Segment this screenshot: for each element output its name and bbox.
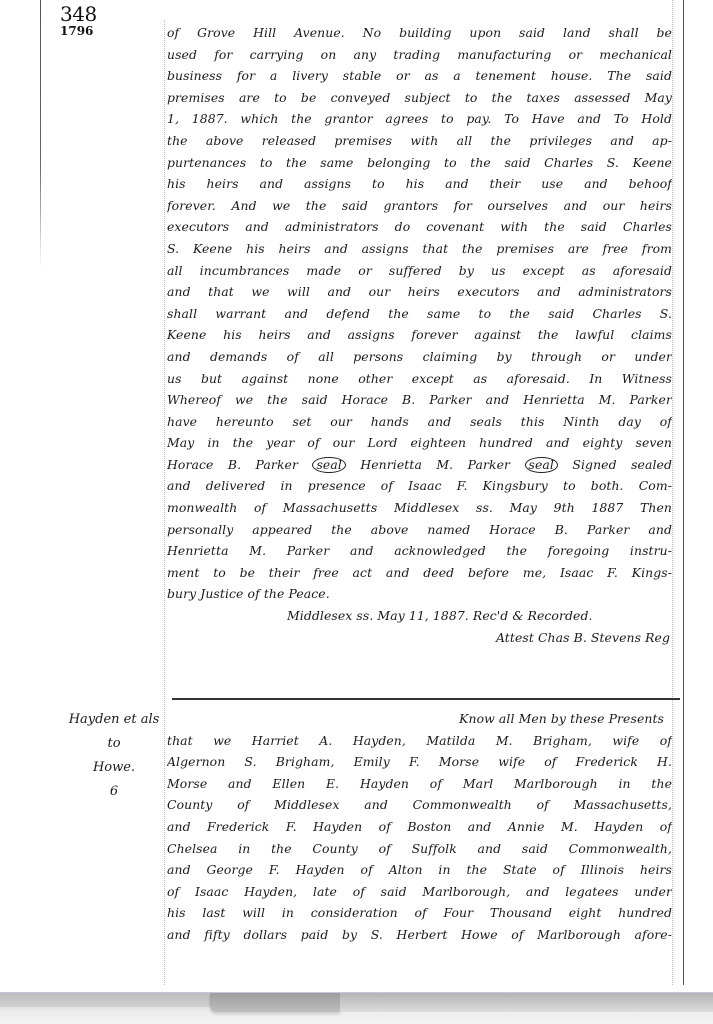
left-margin-rule (40, 0, 41, 270)
page-number-block: 348 1796 (60, 4, 97, 37)
deed-line: premises are to be conveyed subject to t… (167, 87, 672, 109)
deed-line: of Grove Hill Avenue. No building upon s… (167, 22, 672, 44)
deed-line: May in the year of our Lord eighteen hun… (167, 432, 672, 454)
signed-sealed-text: Signed sealed (572, 457, 672, 472)
deed-line: Algernon S. Brigham, Emily F. Morse wife… (167, 751, 672, 773)
deed-line: ment to be their free act and deed befor… (167, 562, 672, 584)
deed-line: County of Middlesex and Commonwealth of … (167, 794, 672, 816)
margin-grantee: Howe. (60, 756, 168, 780)
deed-line: have hereunto set our hands and seals th… (167, 411, 672, 433)
seal-mark: seal (525, 457, 558, 473)
ledger-page: 348 1796 of Grove Hill Avenue. No buildi… (0, 0, 713, 992)
deed-line: forever. And we the said grantors for ou… (167, 195, 672, 217)
recorded-line: Middlesex ss. May 11, 1887. Rec'd & Reco… (167, 605, 672, 627)
signer-name: Horace B. Parker (167, 457, 298, 472)
seal-mark: seal (312, 457, 345, 473)
deed-line: and delivered in presence of Isaac F. Ki… (167, 475, 672, 497)
deed-line: his last will in consideration of Four T… (167, 902, 672, 924)
margin-grantor: Hayden et als (60, 708, 168, 732)
deed-parker-to-keene: of Grove Hill Avenue. No building upon s… (167, 22, 672, 648)
deed-line: bury Justice of the Peace. (167, 583, 672, 605)
deed-line: business for a livery stable or as a ten… (167, 65, 672, 87)
inner-dotted-rule (672, 0, 674, 985)
deed-line: of Isaac Hayden, late of said Marlboroug… (167, 881, 672, 903)
viewer-scroll-handle[interactable] (210, 993, 340, 1012)
deed-line: all incumbrances made or suffered by us … (167, 260, 672, 282)
deed-line: and that we will and our heirs executors… (167, 281, 672, 303)
deed-line: us but against none other except as afor… (167, 368, 672, 390)
deed-line: purtenances to the same belonging to the… (167, 152, 672, 174)
viewer-bottom-bar (0, 992, 713, 1024)
deed-separator-rule (172, 698, 680, 700)
viewer-bar-right-segment (340, 993, 713, 1012)
deed-line: used for carrying on any trading manufac… (167, 44, 672, 66)
deed-line: S. Keene his heirs and assigns that the … (167, 238, 672, 260)
deed-heading: Know all Men by these Presents (167, 708, 672, 730)
attest-signature: Attest Chas B. Stevens Reg (167, 627, 672, 649)
deed-line: monwealth of Massachusetts Middlesex ss.… (167, 497, 672, 519)
deed-line: executors and administrators do covenant… (167, 216, 672, 238)
signer-name: Henrietta M. Parker (360, 457, 510, 472)
text-column-rule (164, 20, 166, 985)
deed-line: shall warrant and defend the same to the… (167, 303, 672, 325)
margin-to: to (60, 732, 168, 756)
deed-line: and fifty dollars paid by S. Herbert How… (167, 924, 672, 946)
right-margin-rule (683, 0, 684, 985)
page-number: 348 (60, 4, 97, 24)
deed-line: and demands of all persons claiming by t… (167, 346, 672, 368)
deed-hayden-to-howe: Know all Men by these Presents that we H… (167, 708, 672, 946)
deed-line: his heirs and assigns to his and their u… (167, 173, 672, 195)
signature-line: Horace B. Parker seal Henrietta M. Parke… (167, 454, 672, 476)
record-number: 1796 (60, 25, 97, 37)
deed-line: Henrietta M. Parker and acknowledged the… (167, 540, 672, 562)
deed-line: Keene his heirs and assigns forever agai… (167, 324, 672, 346)
deed-line: 1, 1887. which the grantor agrees to pay… (167, 108, 672, 130)
deed-line: Morse and Ellen E. Hayden of Marl Marlbo… (167, 773, 672, 795)
deed-line: and Frederick F. Hayden of Boston and An… (167, 816, 672, 838)
deed-line: the above released premises with all the… (167, 130, 672, 152)
viewer-bar-left-segment (0, 993, 210, 1007)
deed-line: that we Harriet A. Hayden, Matilda M. Br… (167, 730, 672, 752)
deed-line: Whereof we the said Horace B. Parker and… (167, 389, 672, 411)
deed-line: Chelsea in the County of Suffolk and sai… (167, 838, 672, 860)
deed-line: and George F. Hayden of Alton in the Sta… (167, 859, 672, 881)
deed-line: personally appeared the above named Hora… (167, 519, 672, 541)
margin-index-note: Hayden et als to Howe. 6 (60, 708, 168, 808)
margin-number: 6 (60, 780, 168, 808)
